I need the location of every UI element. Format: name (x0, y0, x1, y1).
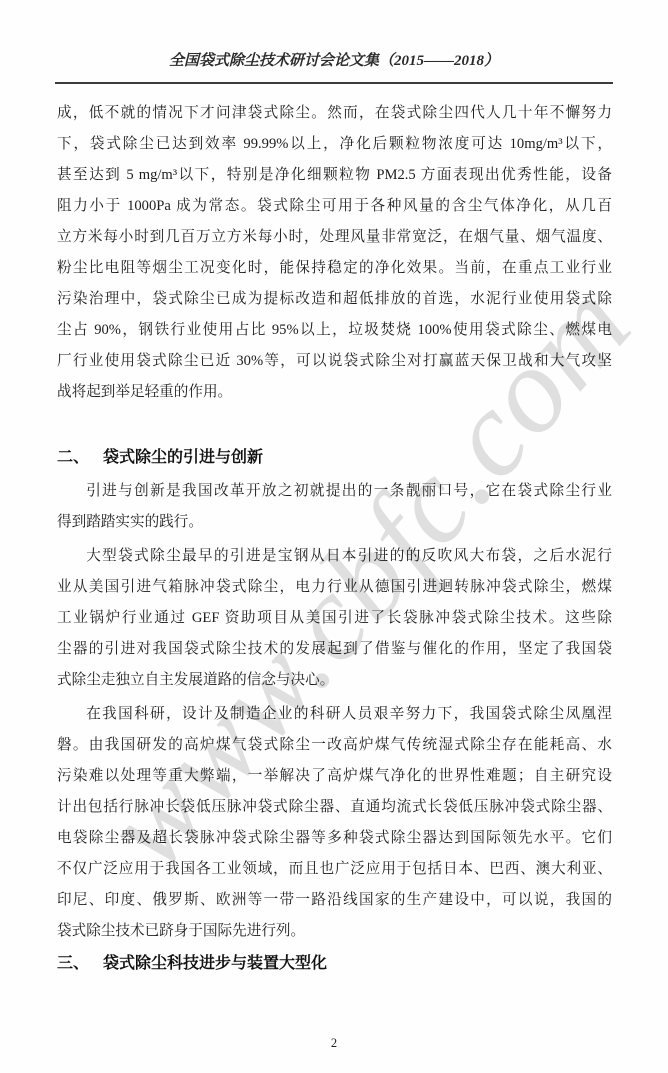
text-line: 尘器的引进对我国袋式除尘技术的发展起到了借鉴与催化的作用，坚定了我国袋 (57, 634, 612, 665)
text-line: 袋式除尘技术已跻身于国际先进行列。 (57, 916, 612, 947)
text-line: 不仅广泛应用于我国各工业领域，而且也广泛应用于包括日本、巴西、澳大利亚、 (57, 854, 612, 885)
text-line: 引进与创新是我国改革开放之初就提出的一条靓丽口号，它在袋式除尘行业 (57, 476, 612, 507)
text-line: 工业锅炉行业通过 GEF 资助项目从美国引进了长袋脉冲袋式除尘技术。这些除 (57, 603, 612, 634)
header-title: 全国袋式除尘技术研讨会论文集（2015——2018） (55, 50, 613, 72)
page-footer: 2 (0, 1036, 668, 1051)
text-line: 污染治理中，袋式除尘已成为提标改造和超低排放的首选，水泥行业使用袋式除 (57, 284, 612, 315)
body-paragraph: 在我国科研，设计及制造企业的科研人员艰辛努力下，我国袋式除尘凤凰涅磐。由我国研发… (57, 699, 612, 947)
text-line: 电袋除尘器及超长袋脉冲袋式除尘器等多种袋式除尘器达到国际领先水平。它们 (57, 823, 612, 854)
text-line: 污染难以处理等重大弊端，一举解决了高炉煤气净化的世界性难题；自主研究设 (57, 761, 612, 792)
text-line: 在我国科研，设计及制造企业的科研人员艰辛努力下，我国袋式除尘凤凰涅 (57, 699, 612, 730)
body-paragraph: 大型袋式除尘最早的引进是宝钢从日本引进的的反吹风大布袋，之后水泥行业从美国引进气… (57, 541, 612, 696)
header-rule (55, 82, 613, 84)
text-line: 阻力小于 1000Pa 成为常态。袋式除尘可用于各种风量的含尘气体净化，从几百 (57, 191, 612, 222)
page-number: 2 (0, 1036, 668, 1051)
section-title: 袋式除尘的引进与创新 (103, 449, 263, 466)
text-line: 计出包括行脉冲长袋低压脉冲袋式除尘器、直通均流式长袋低压脉冲袋式除尘器、 (57, 792, 612, 823)
text-line: 战将起到举足轻重的作用。 (57, 377, 612, 408)
text-line: 印尼、印度、俄罗斯、欧洲等一带一路沿线国家的生产建设中，可以说，我国的 (57, 885, 612, 916)
text-line: 立方米每小时到几百万立方米每小时，处理风量非常宽泛，在烟气量、烟气温度、 (57, 222, 612, 253)
section-heading: 三、袋式除尘科技进步与装置大型化 (57, 948, 612, 979)
document-page: www.cbfc.com 全国袋式除尘技术研讨会论文集（2015——2018） … (0, 0, 668, 1073)
section-heading: 二、袋式除尘的引进与创新 (57, 442, 612, 473)
body-paragraph: 引进与创新是我国改革开放之初就提出的一条靓丽口号，它在袋式除尘行业得到踏踏实实的… (57, 476, 612, 538)
text-line: 下，袋式除尘已达到效率 99.99%以上，净化后颗粒物浓度可达 10mg/m³以… (57, 129, 612, 160)
text-line: 尘占 90%，钢铁行业使用占比 95%以上，垃圾焚烧 100%使用袋式除尘、燃煤… (57, 315, 612, 346)
text-line: 得到踏踏实实的践行。 (57, 507, 612, 538)
text-line: 磐。由我国研发的高炉煤气袋式除尘一改高炉煤气传统湿式除尘存在能耗高、水 (57, 730, 612, 761)
section-number: 二、 (57, 442, 103, 473)
body-paragraph: 成，低不就的情况下才问津袋式除尘。然而，在袋式除尘四代人几十年不懈努力下，袋式除… (57, 98, 612, 408)
text-line: 大型袋式除尘最早的引进是宝钢从日本引进的的反吹风大布袋，之后水泥行 (57, 541, 612, 572)
text-line: 式除尘走独立自主发展道路的信念与决心。 (57, 665, 612, 696)
text-line: 厂行业使用袋式除尘已近 30%等，可以说袋式除尘对打赢蓝天保卫战和大气攻坚 (57, 346, 612, 377)
section-number: 三、 (57, 948, 103, 979)
page-header: 全国袋式除尘技术研讨会论文集（2015——2018） (55, 50, 613, 84)
text-line: 成，低不就的情况下才问津袋式除尘。然而，在袋式除尘四代人几十年不懈努力 (57, 98, 612, 129)
document-body: 成，低不就的情况下才问津袋式除尘。然而，在袋式除尘四代人几十年不懈努力下，袋式除… (57, 98, 612, 979)
text-line: 甚至达到 5 mg/m³以下，特别是净化细颗粒物 PM2.5 方面表现出优秀性能… (57, 160, 612, 191)
section-title: 袋式除尘科技进步与装置大型化 (103, 955, 327, 972)
text-line: 粉尘比电阻等烟尘工况变化时，能保持稳定的净化效果。当前，在重点工业行业 (57, 253, 612, 284)
text-line: 业从美国引进气箱脉冲袋式除尘，电力行业从德国引进迴转脉冲袋式除尘，燃煤 (57, 572, 612, 603)
